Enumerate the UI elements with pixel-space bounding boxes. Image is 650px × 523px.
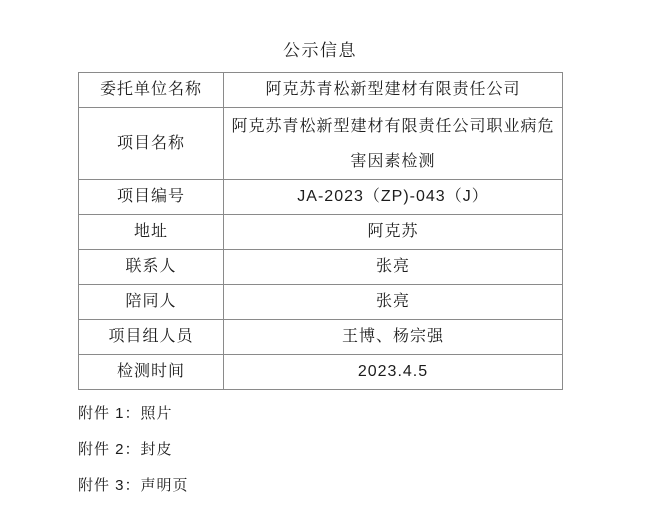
attachment-item: 附件 3：声明页 (78, 468, 562, 504)
row-value: 阿克苏 (224, 215, 563, 250)
attachment-item: 附件 1：照片 (78, 396, 562, 432)
document-content: 公示信息 委托单位名称 阿克苏青松新型建材有限责任公司 项目名称 阿克苏青松新型… (78, 40, 562, 504)
page-title: 公示信息 (78, 40, 562, 62)
table-row: 联系人 张亮 (79, 250, 563, 285)
row-value: 阿克苏青松新型建材有限责任公司 (224, 73, 563, 108)
row-value: JA-2023（ZP)-043（J） (224, 180, 563, 215)
row-label: 项目名称 (79, 108, 224, 180)
row-label: 项目组人员 (79, 320, 224, 355)
table-row: 项目编号 JA-2023（ZP)-043（J） (79, 180, 563, 215)
info-table: 委托单位名称 阿克苏青松新型建材有限责任公司 项目名称 阿克苏青松新型建材有限责… (78, 72, 563, 390)
row-value: 张亮 (224, 285, 563, 320)
row-label: 联系人 (79, 250, 224, 285)
attachment-list: 附件 1：照片 附件 2：封皮 附件 3：声明页 (78, 396, 562, 504)
row-value: 2023.4.5 (224, 355, 563, 390)
table-row: 项目名称 阿克苏青松新型建材有限责任公司职业病危害因素检测 (79, 108, 563, 180)
table-row: 陪同人 张亮 (79, 285, 563, 320)
row-value: 阿克苏青松新型建材有限责任公司职业病危害因素检测 (224, 108, 563, 180)
table-row: 项目组人员 王博、杨宗强 (79, 320, 563, 355)
row-label: 委托单位名称 (79, 73, 224, 108)
table-row: 委托单位名称 阿克苏青松新型建材有限责任公司 (79, 73, 563, 108)
row-value: 王博、杨宗强 (224, 320, 563, 355)
row-label: 陪同人 (79, 285, 224, 320)
attachment-item: 附件 2：封皮 (78, 432, 562, 468)
row-label: 检测时间 (79, 355, 224, 390)
row-label: 地址 (79, 215, 224, 250)
row-value: 张亮 (224, 250, 563, 285)
table-row: 地址 阿克苏 (79, 215, 563, 250)
document-page: 公示信息 委托单位名称 阿克苏青松新型建材有限责任公司 项目名称 阿克苏青松新型… (0, 0, 650, 523)
table-row: 检测时间 2023.4.5 (79, 355, 563, 390)
row-label: 项目编号 (79, 180, 224, 215)
